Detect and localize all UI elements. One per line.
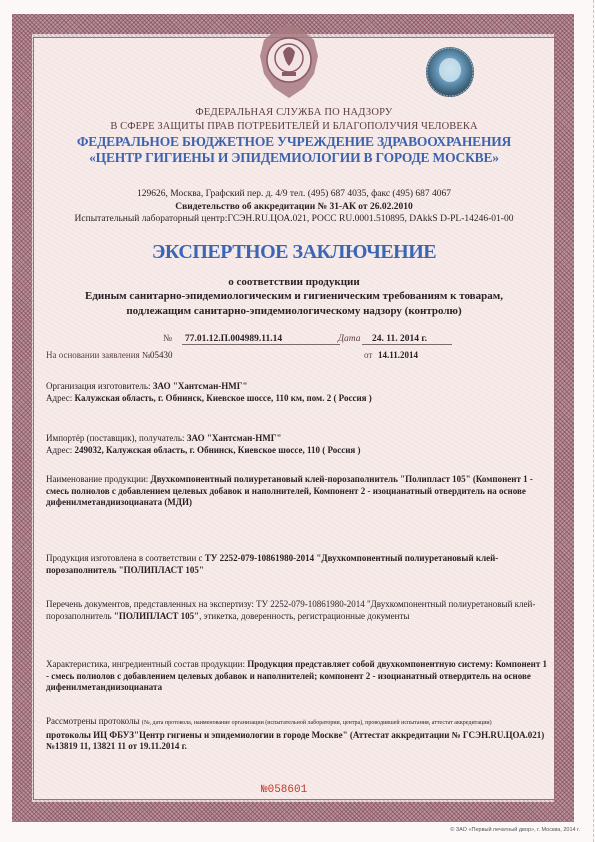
application-date-label: от <box>364 350 372 360</box>
header-institution: ФЕДЕРАЛЬНОЕ БЮДЖЕТНОЕ УЧРЕЖДЕНИЕ ЗДРАВОО… <box>33 134 555 150</box>
header-institution-name: «ЦЕНТР ГИГИЕНЫ И ЭПИДЕМИОЛОГИИ В ГОРОДЕ … <box>33 150 555 166</box>
subtitle-line-3: подлежащим санитарно-эпидемиологическому… <box>33 305 555 317</box>
scan-edge <box>589 0 594 842</box>
importer-label: Импортёр (поставщик), получатель: <box>46 433 185 443</box>
printer-imprint: © ЗАО «Первый печатный двор», г. Москва,… <box>450 827 580 833</box>
characteristics-section: Характеристика, ингредиентный состав про… <box>46 659 551 694</box>
accreditation-certificate: Свидетельство об аккредитации № 31-АК от… <box>33 202 555 212</box>
manufacturer-name: ЗАО "Хантсман-НМГ" <box>153 381 248 391</box>
standard-section: Продукция изготовлена в соответствии с Т… <box>46 553 551 576</box>
manufacturer-label: Организация изготовитель: <box>46 381 151 391</box>
header-agency-scope: В СФЕРЕ ЗАЩИТЫ ПРАВ ПОТРЕБИТЕЛЕЙ И БЛАГО… <box>33 121 555 132</box>
conclusion-number-label: № <box>163 334 172 344</box>
protocols-hint: (№, дата протокола, наименование организ… <box>142 720 492 726</box>
conclusion-date: 24. 11. 2014 г. <box>362 334 452 345</box>
product-section: Наименование продукции: Двухкомпонентный… <box>46 474 551 509</box>
manufacturer-address: Калужская область, г. Обнинск, Киевское … <box>75 393 372 403</box>
application-number: 05430 <box>150 350 173 360</box>
importer-address-label: Адрес: <box>46 445 72 455</box>
subtitle-line-2: Единым санитарно-эпидемиологическим и ги… <box>33 290 555 302</box>
hologram-seal-icon <box>425 46 475 98</box>
documents-text-c: , этикетка, доверенность, регистрационны… <box>199 611 409 621</box>
importer-section: Импортёр (поставщик), получатель: ЗАО "Х… <box>46 433 551 456</box>
documents-text-b: "ПОЛИПЛАСТ 105" <box>114 611 199 621</box>
importer-name: ЗАО "Хантсман-НМГ" <box>187 433 282 443</box>
product-label: Наименование продукции: <box>46 474 148 484</box>
contact-address: 129626, Москва, Графский пер. д. 4/9 тел… <box>33 189 555 199</box>
conclusion-date-label: Дата <box>338 334 361 344</box>
emblem-icon <box>258 22 320 100</box>
characteristics-label: Характеристика, ингредиентный состав про… <box>46 659 245 669</box>
testing-lab: Испытательный лабораторный центр:ГСЭН.RU… <box>33 214 555 224</box>
documents-label: Перечень документов, представленных на э… <box>46 599 254 609</box>
document-title: ЭКСПЕРТНОЕ ЗАКЛЮЧЕНИЕ <box>33 241 555 264</box>
manufacturer-address-label: Адрес: <box>46 393 72 403</box>
documents-section: Перечень документов, представленных на э… <box>46 599 551 622</box>
subtitle-line-1: о соответствии продукции <box>33 276 555 288</box>
protocols-section: Рассмотрены протоколы (№, дата протокола… <box>46 716 551 753</box>
importer-address: 249032, Калужская область, г. Обнинск, К… <box>75 445 361 455</box>
standard-label: Продукция изготовлена в соответствии с <box>46 553 203 563</box>
header-agency: ФЕДЕРАЛЬНАЯ СЛУЖБА ПО НАДЗОРУ <box>33 107 555 118</box>
application-label: На основании заявления № <box>46 350 151 360</box>
application-date: 14.11.2014 <box>378 350 418 360</box>
protocols-label: Рассмотрены протоколы <box>46 716 140 726</box>
protocols-text: протоколы ИЦ ФБУЗ"Центр гигиены и эпидем… <box>46 730 551 753</box>
serial-number: №058601 <box>261 784 307 796</box>
conclusion-number: 77.01.12.П.004989.11.14 <box>182 334 340 345</box>
manufacturer-section: Организация изготовитель: ЗАО "Хантсман-… <box>46 381 551 404</box>
